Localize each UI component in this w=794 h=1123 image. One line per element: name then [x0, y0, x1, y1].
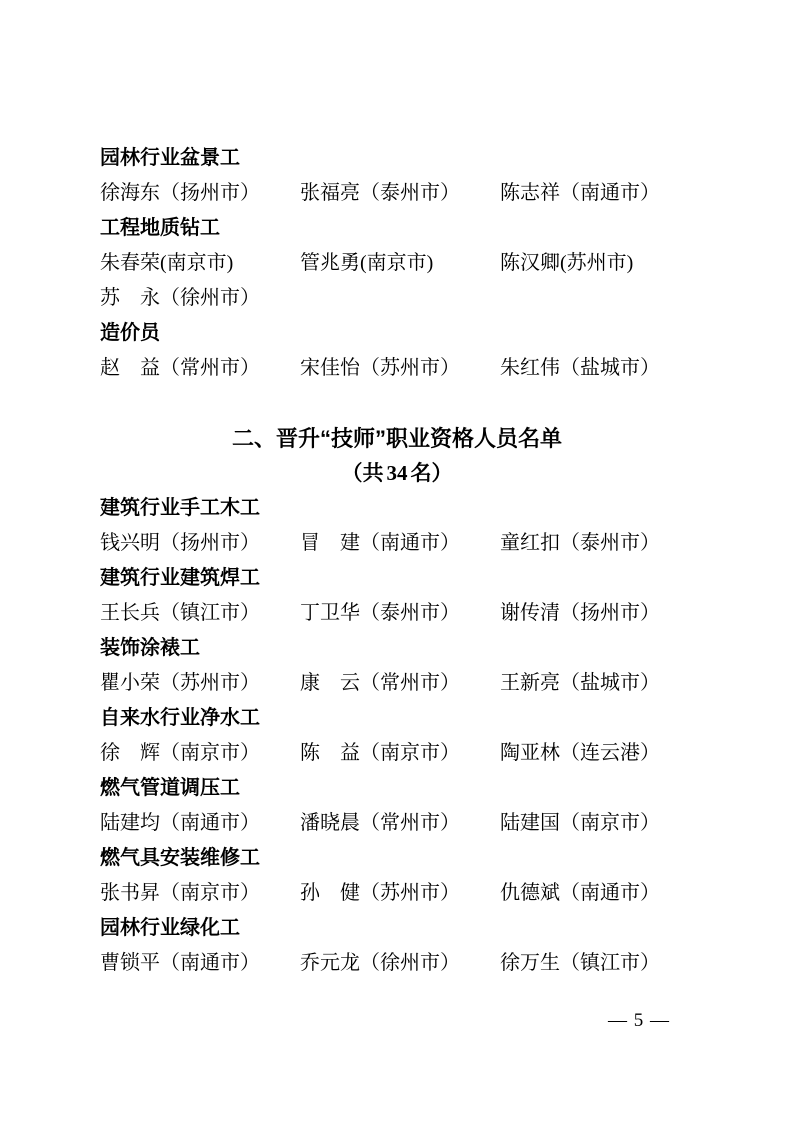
person-entry: 徐海东（扬州市） [100, 176, 300, 211]
name-row: 曹锁平（南通市） 乔元龙（徐州市） 徐万生（镇江市） [100, 946, 694, 981]
occupation-header: 园林行业绿化工 [100, 911, 694, 946]
document-page: 园林行业盆景工 徐海东（扬州市） 张福亮（泰州市） 陈志祥（南通市） 工程地质钻… [0, 0, 794, 1123]
person-entry: 冒 建（南通市） [300, 526, 500, 561]
person-entry: 瞿小荣（苏州市） [100, 666, 300, 701]
person-entry: 童红扣（泰州市） [500, 526, 660, 561]
person-entry: 苏 永（徐州市） [100, 281, 260, 316]
person-entry: 康 云（常州市） [300, 666, 500, 701]
name-row: 钱兴明（扬州市） 冒 建（南通市） 童红扣（泰州市） [100, 526, 694, 561]
name-row: 张书昇（南京市） 孙 健（苏州市） 仇德斌（南通市） [100, 876, 694, 911]
person-entry: 孙 健（苏州市） [300, 876, 500, 911]
name-row: 王长兵（镇江市） 丁卫华（泰州市） 谢传清（扬州市） [100, 596, 694, 631]
section-title: 二、晋升“技师”职业资格人员名单 [100, 421, 694, 456]
person-entry: 乔元龙（徐州市） [300, 946, 500, 981]
name-row: 赵 益（常州市） 宋佳怡（苏州市） 朱红伟（盐城市） [100, 351, 694, 386]
person-entry: 张福亮（泰州市） [300, 176, 500, 211]
person-entry: 丁卫华（泰州市） [300, 596, 500, 631]
page-number: — 5 — [608, 1010, 670, 1032]
name-row: 徐海东（扬州市） 张福亮（泰州市） 陈志祥（南通市） [100, 176, 694, 211]
occupation-header: 工程地质钻工 [100, 211, 694, 246]
member-count-prefix: （共 [342, 462, 384, 485]
occupation-header: 建筑行业建筑焊工 [100, 561, 694, 596]
person-entry: 赵 益（常州市） [100, 351, 300, 386]
person-entry: 王新亮（盐城市） [500, 666, 660, 701]
person-entry: 陈志祥（南通市） [500, 176, 660, 211]
name-row: 陆建均（南通市） 潘晓晨（常州市） 陆建国（南京市） [100, 806, 694, 841]
member-count: （共34名） [100, 456, 694, 491]
person-entry: 徐万生（镇江市） [500, 946, 660, 981]
person-entry: 曹锁平（南通市） [100, 946, 300, 981]
person-entry: 管兆勇(南京市) [300, 246, 500, 281]
occupation-header: 园林行业盆景工 [100, 141, 694, 176]
person-entry: 陆建国（南京市） [500, 806, 660, 841]
person-entry: 陈 益（南京市） [300, 736, 500, 771]
person-entry: 张书昇（南京市） [100, 876, 300, 911]
name-row: 苏 永（徐州市） [100, 281, 694, 316]
name-row: 朱春荣(南京市) 管兆勇(南京市) 陈汉卿(苏州市) [100, 246, 694, 281]
document-content: 园林行业盆景工 徐海东（扬州市） 张福亮（泰州市） 陈志祥（南通市） 工程地质钻… [100, 141, 694, 981]
person-entry: 陆建均（南通市） [100, 806, 300, 841]
occupation-header: 自来水行业净水工 [100, 701, 694, 736]
occupation-header: 燃气具安装维修工 [100, 841, 694, 876]
member-count-number: 34 [384, 461, 411, 485]
name-row: 瞿小荣（苏州市） 康 云（常州市） 王新亮（盐城市） [100, 666, 694, 701]
occupation-header: 燃气管道调压工 [100, 771, 694, 806]
person-entry: 朱红伟（盐城市） [500, 351, 660, 386]
person-entry: 陶亚林（连云港） [500, 736, 660, 771]
person-entry: 徐 辉（南京市） [100, 736, 300, 771]
occupation-header: 造价员 [100, 316, 694, 351]
person-entry: 陈汉卿(苏州市) [500, 246, 633, 281]
person-entry: 朱春荣(南京市) [100, 246, 300, 281]
person-entry: 仇德斌（南通市） [500, 876, 660, 911]
member-count-suffix: 名） [411, 462, 453, 485]
person-entry: 王长兵（镇江市） [100, 596, 300, 631]
person-entry: 谢传清（扬州市） [500, 596, 660, 631]
person-entry: 潘晓晨（常州市） [300, 806, 500, 841]
person-entry: 钱兴明（扬州市） [100, 526, 300, 561]
occupation-header: 建筑行业手工木工 [100, 491, 694, 526]
person-entry: 宋佳怡（苏州市） [300, 351, 500, 386]
occupation-header: 装饰涂裱工 [100, 631, 694, 666]
blank-line [100, 386, 694, 421]
name-row: 徐 辉（南京市） 陈 益（南京市） 陶亚林（连云港） [100, 736, 694, 771]
